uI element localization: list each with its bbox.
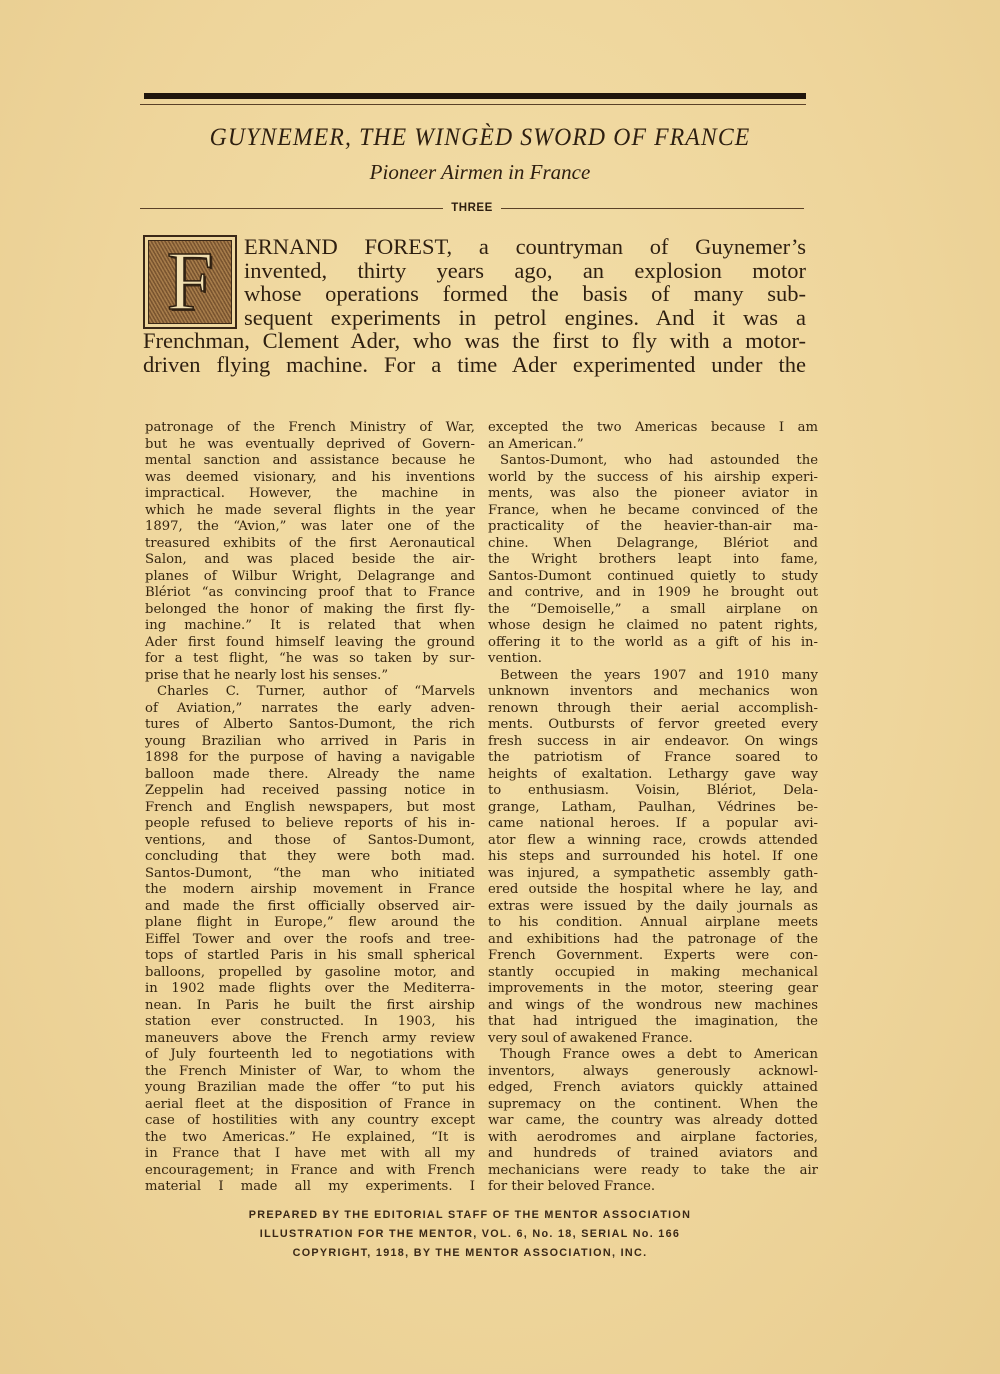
text-line: practicality of the heavier-than-air ma-: [488, 519, 818, 536]
text-line: mechanicians were ready to take the air: [488, 1163, 818, 1180]
text-line: balloons, propelled by gasoline motor, a…: [145, 965, 475, 982]
text-line: for their beloved France.: [488, 1179, 818, 1196]
text-line: aerial fleet at the disposition of Franc…: [145, 1097, 475, 1114]
text-line: heights of exaltation. Lethargy gave way: [488, 767, 818, 784]
lead-line: ERNAND FOREST, a countryman of Guynemer’…: [244, 235, 806, 259]
text-line: of Aviation,” narrates the early adven-: [145, 701, 475, 718]
text-line: concluding that they were both mad.: [145, 849, 475, 866]
text-line: 1897, the “Avion,” was later one of the: [145, 519, 475, 536]
text-line: very soul of awakened France.: [488, 1031, 818, 1048]
text-line: tops of startled Paris in his small sphe…: [145, 948, 475, 965]
lead-line: whose operations formed the basis of man…: [244, 282, 806, 306]
text-line: in France that I have met with all my: [145, 1146, 475, 1163]
text-line: planes of Wilbur Wright, Delagrange and: [145, 569, 475, 586]
publication-credits: PREPARED BY THE EDITORIAL STAFF OF THE M…: [190, 1206, 750, 1263]
text-line: an American.”: [488, 437, 818, 454]
text-line: excepted the two Americas because I am: [488, 420, 818, 437]
text-line: Santos-Dumont continued quietly to study: [488, 569, 818, 586]
text-line: to enthusiasm. Voisin, Blériot, Dela-: [488, 783, 818, 800]
text-line: supremacy on the continent. When the: [488, 1097, 818, 1114]
text-line: French Government. Experts were con-: [488, 948, 818, 965]
text-line: treasured exhibits of the first Aeronaut…: [145, 536, 475, 553]
text-line: came national heroes. If a popular avi-: [488, 816, 818, 833]
text-line: Santos-Dumont, “the man who initiated: [145, 866, 475, 883]
lead-line: Frenchman, Clement Ader, who was the fir…: [143, 329, 806, 353]
text-line: for a test flight, “he was so taken by s…: [145, 651, 475, 668]
text-line: the “Demoiselle,” a small airplane on: [488, 602, 818, 619]
text-line: the French Minister of War, to whom the: [145, 1064, 475, 1081]
text-line: that had intrigued the imagination, the: [488, 1014, 818, 1031]
body-column-left: patronage of the French Ministry of War,…: [145, 420, 475, 1196]
text-line: improvements in the motor, steering gear: [488, 981, 818, 998]
text-line: impractical. However, the machine in: [145, 486, 475, 503]
text-line: Santos-Dumont, who had astounded the: [488, 453, 818, 470]
text-line: the patriotism of France soared to: [488, 750, 818, 767]
text-line: the modern airship movement in France: [145, 882, 475, 899]
text-line: Charles C. Turner, author of “Marvels: [145, 684, 475, 701]
text-line: mental sanction and assistance because h…: [145, 453, 475, 470]
text-line: plane flight in Europe,” flew around the: [145, 915, 475, 932]
text-line: Salon, and was placed beside the air-: [145, 552, 475, 569]
divider-line-left: [140, 208, 443, 209]
text-line: Ader first found himself leaving the gro…: [145, 635, 475, 652]
text-line: was deemed visionary, and his inventions: [145, 470, 475, 487]
text-line: whose design he claimed no patent rights…: [488, 618, 818, 635]
credit-line-prepared-by: PREPARED BY THE EDITORIAL STAFF OF THE M…: [190, 1206, 750, 1225]
text-line: extras were issued by the daily journals…: [488, 899, 818, 916]
text-line: maneuvers above the French army review: [145, 1031, 475, 1048]
text-line: but he was eventually deprived of Govern…: [145, 437, 475, 454]
text-line: Though France owes a debt to American: [488, 1047, 818, 1064]
text-line: patronage of the French Ministry of War,: [145, 420, 475, 437]
text-line: case of hostilities with any country exc…: [145, 1113, 475, 1130]
text-line: young Brazilian who arrived in Paris in: [145, 734, 475, 751]
text-line: ator flew a winning race, crowds attende…: [488, 833, 818, 850]
lead-line: invented, thirty years ago, an explosion…: [244, 259, 806, 283]
text-line: the Wright brothers leapt into fame,: [488, 552, 818, 569]
article-title: GUYNEMER, THE WINGÈD SWORD OF FRANCE: [155, 122, 806, 152]
section-divider: THREE: [140, 198, 804, 218]
text-line: balloon made there. Already the name: [145, 767, 475, 784]
text-line: his steps and surrounded his hotel. If o…: [488, 849, 818, 866]
text-line: tures of Alberto Santos-Dumont, the rich: [145, 717, 475, 734]
article-subtitle: Pioneer Airmen in France: [130, 160, 830, 185]
text-line: war came, the country was already dotted: [488, 1113, 818, 1130]
text-line: Eiffel Tower and over the roofs and tree…: [145, 932, 475, 949]
text-line: of July fourteenth led to negotiations w…: [145, 1047, 475, 1064]
text-line: ments. Outbursts of fervor greeted every: [488, 717, 818, 734]
text-line: offering it to the world as a gift of hi…: [488, 635, 818, 652]
text-line: station ever constructed. In 1903, his: [145, 1014, 475, 1031]
text-line: ered outside the hospital where he lay, …: [488, 882, 818, 899]
text-line: young Brazilian made the offer “to put h…: [145, 1080, 475, 1097]
text-line: to his condition. Annual airplane meets: [488, 915, 818, 932]
credit-line-illustration: ILLUSTRATION FOR THE MENTOR, VOL. 6, No.…: [190, 1225, 750, 1244]
text-line: with aerodromes and airplane factories,: [488, 1130, 818, 1147]
text-line: ments, was also the pioneer aviator in: [488, 486, 818, 503]
text-line: belonged the honor of making the first f…: [145, 602, 475, 619]
text-line: was injured, a sympathetic assembly gath…: [488, 866, 818, 883]
header-thin-rule: [140, 104, 806, 105]
section-number: THREE: [443, 202, 500, 214]
text-line: Zeppelin had received passing notice in: [145, 783, 475, 800]
text-line: the two Americas.” He explained, “It is: [145, 1130, 475, 1147]
text-line: prise that he nearly lost his senses.”: [145, 668, 475, 685]
text-line: inventors, always generously acknowl-: [488, 1064, 818, 1081]
text-line: which he made several flights in the yea…: [145, 503, 475, 520]
text-line: ventions, and those of Santos-Dumont,: [145, 833, 475, 850]
text-line: encouragement; in France and with French: [145, 1163, 475, 1180]
text-line: stantly occupied in making mechanical: [488, 965, 818, 982]
body-column-right: excepted the two Americas because I am a…: [488, 420, 818, 1196]
text-line: ing machine.” It is related that when: [145, 618, 475, 635]
text-line: chine. When Delagrange, Blériot and: [488, 536, 818, 553]
text-line: and made the first officially observed a…: [145, 899, 475, 916]
text-line: renown through their aerial accomplish-: [488, 701, 818, 718]
text-line: and contrive, and in 1909 he brought out: [488, 585, 818, 602]
text-line: and wings of the wondrous new machines: [488, 998, 818, 1015]
text-line: unknown inventors and mechanics won: [488, 684, 818, 701]
text-line: material I made all my experiments. I: [145, 1179, 475, 1196]
lead-paragraph: ERNAND FOREST, a countryman of Guynemer’…: [143, 235, 806, 377]
text-line: 1898 for the purpose of having a navigab…: [145, 750, 475, 767]
text-line: and exhibitions had the patronage of the: [488, 932, 818, 949]
lead-line: sequent experiments in petrol engines. A…: [244, 306, 806, 330]
text-line: people refused to believe reports of his…: [145, 816, 475, 833]
text-line: France, when he became convinced of the: [488, 503, 818, 520]
text-line: fresh success in air endeavor. On wings: [488, 734, 818, 751]
text-line: French and English newspapers, but most: [145, 800, 475, 817]
document-page: GUYNEMER, THE WINGÈD SWORD OF FRANCE Pio…: [0, 0, 1000, 1374]
credit-line-copyright: COPYRIGHT, 1918, BY THE MENTOR ASSOCIATI…: [190, 1244, 750, 1263]
text-line: and hundreds of trained aviators and: [488, 1146, 818, 1163]
header-thick-rule: [144, 93, 806, 99]
text-line: Between the years 1907 and 1910 many: [488, 668, 818, 685]
text-line: in 1902 made flights over the Mediterra-: [145, 981, 475, 998]
text-line: Blériot “as convincing proof that to Fra…: [145, 585, 475, 602]
text-line: nean. In Paris he built the first airshi…: [145, 998, 475, 1015]
text-line: edged, French aviators quickly attained: [488, 1080, 818, 1097]
lead-line: driven flying machine. For a time Ader e…: [143, 353, 806, 377]
text-line: vention.: [488, 651, 818, 668]
divider-line-right: [501, 208, 804, 209]
text-line: world by the success of his airship expe…: [488, 470, 818, 487]
text-line: grange, Latham, Paulhan, Védrines be-: [488, 800, 818, 817]
